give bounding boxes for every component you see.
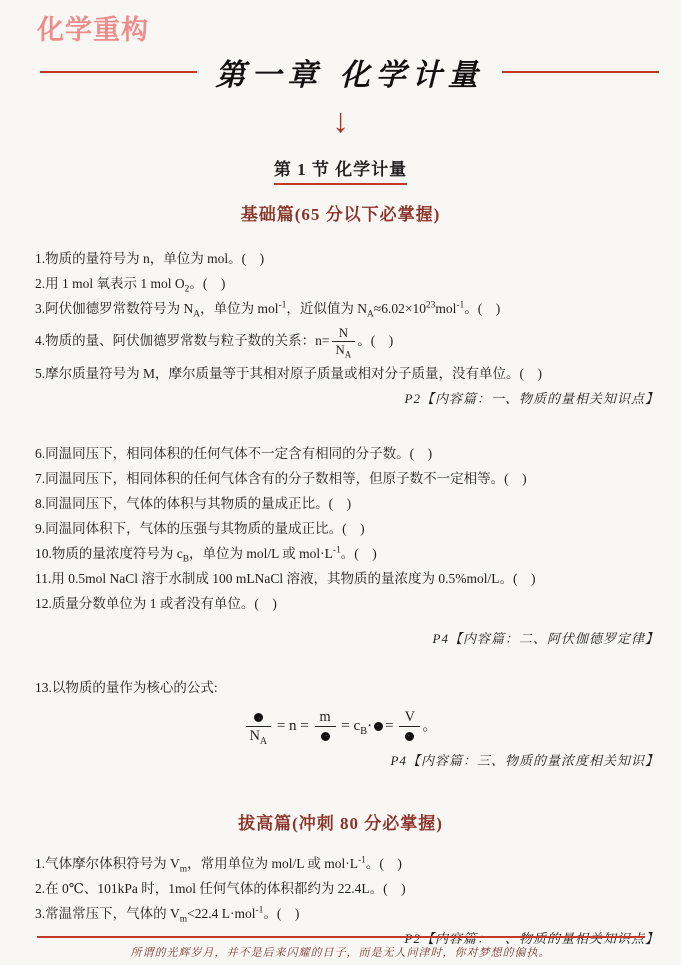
page-ref-note-2: P4【内容篇：二、阿伏伽德罗定律】 <box>0 628 659 647</box>
worksheet-page: 化学重构 第一章 化学计量 ↓ 第 1 节 化学计量 基础篇(65 分以下必掌握… <box>0 0 681 965</box>
page-ref-note-1: P2【内容篇：一、物质的量相关知识点】 <box>0 388 659 407</box>
statement-6: 6.同温同压下，相同体积的任何气体不一定含有相同的分子数。( ) <box>35 441 661 466</box>
statement-4: 4.物质的量、阿伏伽德罗常数与粒子数的关系：n=NNA。( ) <box>35 321 661 361</box>
section-title-row: 第 1 节 化学计量 <box>0 155 681 185</box>
statement-10: 10.物质的量浓度符号为 cB，单位为 mol/L 或 mol·L-1。( ) <box>35 541 661 566</box>
statement-11: 11.用 0.5mol NaCl 溶于水制成 100 mLNaCl 溶液，其物质… <box>35 566 661 591</box>
adv-statement-3: 3.常温常压下，气体的 Vm<22.4 L·mol-1。( ) <box>35 901 661 926</box>
mole-core-formula: NA = n = m = cB·= V。 <box>0 704 681 748</box>
statement-3: 3.阿伏伽德罗常数符号为 NA，单位为 mol-1，近似值为 NA≈6.02×1… <box>35 296 661 321</box>
blank-placeholder-icon <box>374 722 383 731</box>
statement-12: 12.质量分数单位为 1 或者没有单位。( ) <box>35 591 661 616</box>
advanced-items-group: 1.气体摩尔体积符号为 Vm，常用单位为 mol/L 或 mol·L-1。( )… <box>0 851 681 926</box>
chapter-title: 第一章 化学计量 <box>197 50 501 94</box>
statement-1: 1.物质的量符号为 n，单位为 mol。( ) <box>35 246 661 271</box>
statement-5: 5.摩尔质量符号为 M，摩尔质量等于其相对原子质量或相对分子质量，没有单位。( … <box>35 361 661 386</box>
basic-items-group-1: 1.物质的量符号为 n，单位为 mol。( ) 2.用 1 mol 氧表示 1 … <box>0 246 681 386</box>
basic-section-heading: 基础篇(65 分以下必掌握) <box>0 200 681 225</box>
basic-items-group-2: 6.同温同压下，相同体积的任何气体不一定含有相同的分子数。( ) 7.同温同压下… <box>0 441 681 616</box>
statement-9: 9.同温同体积下，气体的压强与其物质的量成正比。( ) <box>35 516 661 541</box>
blank-placeholder-icon <box>405 732 414 741</box>
brand-logo: 化学重构 <box>37 8 681 47</box>
footer-divider <box>37 936 645 938</box>
blank-placeholder-icon <box>254 713 263 722</box>
statement-7: 7.同温同压下，相同体积的任何气体含有的分子数相等，但原子数不一定相等。( ) <box>35 466 661 491</box>
section-title: 第 1 节 化学计量 <box>274 155 407 185</box>
blank-placeholder-icon <box>321 732 330 741</box>
chapter-heading: 第一章 化学计量 <box>40 49 659 95</box>
footer-quote: 所谓的光辉岁月，并不是后来闪耀的日子，而是无人问津时，你对梦想的偏执。 <box>0 944 681 960</box>
heading-line-right <box>502 71 659 73</box>
adv-statement-1: 1.气体摩尔体积符号为 Vm，常用单位为 mol/L 或 mol·L-1。( ) <box>35 851 661 876</box>
heading-line-left <box>40 71 197 73</box>
statement-8: 8.同温同压下，气体的体积与其物质的量成正比。( ) <box>35 491 661 516</box>
down-arrow-icon: ↓ <box>0 103 681 141</box>
advanced-section-heading: 拔高篇(冲刺 80 分必掌握) <box>0 809 681 834</box>
page-ref-note-3: P4【内容篇：三、物质的量浓度相关知识】 <box>0 750 659 769</box>
adv-statement-2: 2.在 0℃、101kPa 时，1mol 任何气体的体积都约为 22.4L。( … <box>35 876 661 901</box>
statement-2: 2.用 1 mol 氧表示 1 mol O2。( ) <box>35 271 661 296</box>
statement-13: 13.以物质的量作为核心的公式: <box>35 675 661 700</box>
